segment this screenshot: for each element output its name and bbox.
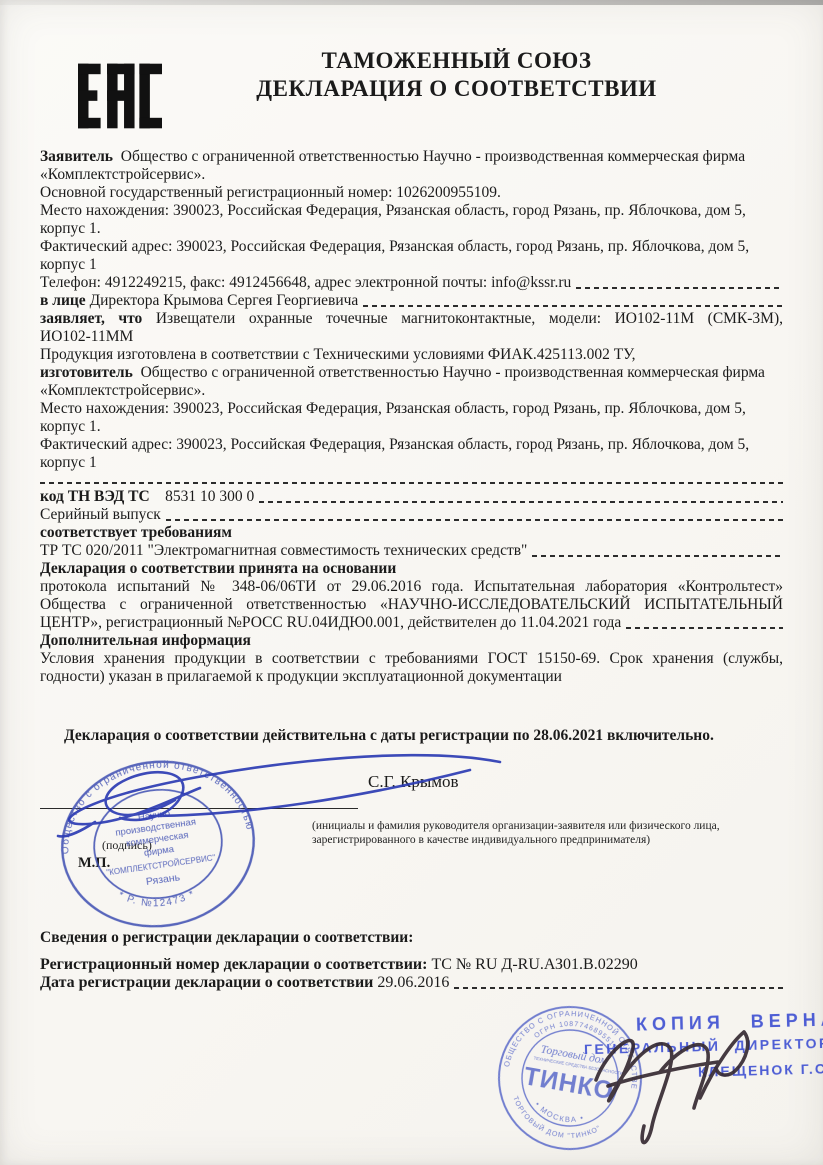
text-run: протокола испытаний № 348-06/06ТИ от 29.…	[40, 578, 783, 595]
doc-line: Дополнительная информация	[40, 632, 783, 650]
doc-line-text: Декларация о соответствии принята на осн…	[40, 560, 396, 578]
text-run: 8531 10 300 0	[150, 488, 255, 505]
doc-line: ЦЕНТР», регистрационный №РОСС RU.04ИДЮ0.…	[40, 614, 783, 632]
registration-heading: Сведения о регистрации декларации о соот…	[40, 928, 783, 948]
text-run: ИО102-11ММ	[40, 328, 133, 345]
field-label: Дополнительная информация	[40, 632, 251, 649]
doc-line: код ТН ВЭД ТС 8531 10 300 0	[40, 488, 783, 506]
registration-date-value: 29.06.2016	[377, 974, 449, 992]
doc-line: корпус 1	[40, 454, 783, 472]
field-label: заявляет, что	[40, 310, 142, 327]
doc-line: корпус 1.	[40, 220, 783, 238]
dashed-line	[259, 501, 783, 503]
scan-edge-artifact	[0, 0, 823, 5]
doc-line-text: Телефон: 4912249215, факс: 4912456648, а…	[40, 274, 571, 292]
doc-line-text: корпус 1	[40, 256, 97, 274]
doc-line-text: заявляет, что Извещатели охранные точечн…	[40, 310, 783, 328]
doc-line-text: корпус 1.	[40, 220, 101, 238]
text-run: Условия хранения продукции в соответстви…	[40, 650, 783, 667]
doc-line: «Комплектстройсервис».	[40, 166, 783, 184]
text-run: Общества с ограниченной ответственностью…	[40, 596, 783, 613]
text-run: Фактический адрес: 390023, Российская Фе…	[40, 238, 749, 255]
doc-line-text: Дополнительная информация	[40, 632, 251, 650]
text-run: Общество с ограниченной ответственностью…	[133, 364, 765, 381]
text-run: Телефон: 4912249215, факс: 4912456648, а…	[40, 274, 571, 291]
doc-line: годности) указан в прилагаемой к продукц…	[40, 668, 783, 686]
doc-line: ИО102-11ММ	[40, 328, 783, 346]
doc-line-text: Фактический адрес: 390023, Российская Фе…	[40, 238, 749, 256]
dashed-line	[454, 987, 783, 989]
doc-line: в лице Директора Крымова Сергея Георгиев…	[40, 292, 783, 310]
text-run: корпус 1.	[40, 220, 101, 237]
doc-line: заявляет, что Извещатели охранные точечн…	[40, 310, 783, 328]
text-run: ЦЕНТР», регистрационный №РОСС RU.04ИДЮ0.…	[40, 614, 621, 631]
doc-line-text: Основной государственный регистрационный…	[40, 184, 501, 202]
doc-line-text: «Комплектстройсервис».	[40, 382, 205, 400]
dashed-line	[626, 627, 783, 629]
doc-line-text: ЦЕНТР», регистрационный №РОСС RU.04ИДЮ0.…	[40, 614, 621, 632]
title-line-1: ТАМОЖЕННЫЙ СОЮЗ	[90, 47, 823, 75]
doc-line-text: Место нахождения: 390023, Российская Фед…	[40, 400, 746, 418]
text-run: корпус 1	[40, 454, 97, 471]
doc-line-text: годности) указан в прилагаемой к продукц…	[40, 668, 562, 686]
doc-line: Серийный выпуск	[40, 506, 783, 524]
doc-line-text: ТР ТС 020/2011 "Электромагнитная совмест…	[40, 542, 527, 560]
doc-line: Продукция изготовлена в соответствии с Т…	[40, 346, 783, 364]
doc-line: Фактический адрес: 390023, Российская Фе…	[40, 238, 783, 256]
registration-date-label: Дата регистрации декларации о соответств…	[40, 974, 377, 992]
doc-line: Заявитель Общество с ограниченной ответс…	[40, 148, 783, 166]
dashed-line	[166, 519, 783, 521]
doc-line: Место нахождения: 390023, Российская Фед…	[40, 202, 783, 220]
field-label: код ТН ВЭД ТС	[40, 488, 150, 505]
doc-line: изготовитель Общество с ограниченной отв…	[40, 364, 783, 382]
doc-line-text: код ТН ВЭД ТС 8531 10 300 0	[40, 488, 254, 506]
dashed-line	[576, 287, 783, 289]
doc-line: корпус 1.	[40, 418, 783, 436]
doc-line: Декларация о соответствии принята на осн…	[40, 560, 783, 578]
document-body: Заявитель Общество с ограниченной ответс…	[40, 148, 783, 686]
text-run: корпус 1.	[40, 418, 101, 435]
doc-line-text: «Комплектстройсервис».	[40, 166, 205, 184]
text-run: Фактический адрес: 390023, Российская Фе…	[40, 436, 749, 453]
registration-number-value: ТС № RU Д-RU.АЗ01.В.02290	[431, 956, 637, 974]
registration-number-row: Регистрационный номер декларации о соотв…	[40, 956, 783, 974]
title-line-2: ДЕКЛАРАЦИЯ О СООТВЕТСТВИИ	[90, 75, 823, 103]
doc-line: соответствует требованиям	[40, 524, 783, 542]
doc-line: Условия хранения продукции в соответстви…	[40, 650, 783, 668]
doc-line-text: Фактический адрес: 390023, Российская Фе…	[40, 436, 749, 454]
doc-line: Основной государственный регистрационный…	[40, 184, 783, 202]
text-run: корпус 1	[40, 256, 97, 273]
doc-line-text: корпус 1.	[40, 418, 101, 436]
doc-line: корпус 1	[40, 256, 783, 274]
director-signature	[548, 1008, 808, 1158]
doc-line-text: Место нахождения: 390023, Российская Фед…	[40, 202, 746, 220]
doc-line-text: изготовитель Общество с ограниченной отв…	[40, 364, 765, 382]
text-run: Общество с ограниченной ответственностью…	[113, 148, 745, 165]
doc-line: Фактический адрес: 390023, Российская Фе…	[40, 436, 783, 454]
doc-line-text: соответствует требованиям	[40, 524, 232, 542]
field-label: соответствует требованиям	[40, 524, 232, 541]
text-run: Место нахождения: 390023, Российская Фед…	[40, 400, 746, 417]
doc-line-text: в лице Директора Крымова Сергея Георгиев…	[40, 292, 358, 310]
doc-line: протокола испытаний № 348-06/06ТИ от 29.…	[40, 578, 783, 596]
text-run: Извещатели охранные точечные магнитоконт…	[142, 310, 783, 327]
doc-line: Место нахождения: 390023, Российская Фед…	[40, 400, 783, 418]
text-run: Продукция изготовлена в соответствии с Т…	[40, 346, 635, 363]
field-label: Декларация о соответствии принята на осн…	[40, 560, 396, 577]
doc-line-text: ИО102-11ММ	[40, 328, 133, 346]
doc-line-text: Условия хранения продукции в соответстви…	[40, 650, 783, 668]
text-run: Серийный выпуск	[40, 506, 161, 523]
doc-line-text: корпус 1	[40, 454, 97, 472]
registration-number-label: Регистрационный номер декларации о соотв…	[40, 956, 431, 974]
doc-line-text: Продукция изготовлена в соответствии с Т…	[40, 346, 635, 364]
dashed-line	[532, 555, 783, 557]
applicant-signature	[0, 740, 560, 860]
doc-line: ТР ТС 020/2011 "Электромагнитная совмест…	[40, 542, 783, 560]
field-label: в лице	[40, 292, 86, 309]
doc-line: Общества с ограниченной ответственностью…	[40, 596, 783, 614]
text-run: ТР ТС 020/2011 "Электромагнитная совмест…	[40, 542, 527, 559]
doc-line: «Комплектстройсервис».	[40, 382, 783, 400]
registration-block: Сведения о регистрации декларации о соот…	[40, 928, 783, 992]
dashed-line	[363, 305, 783, 307]
doc-line-text: Общества с ограниченной ответственностью…	[40, 596, 783, 614]
doc-line-text: протокола испытаний № 348-06/06ТИ от 29.…	[40, 578, 783, 596]
text-run: Директора Крымова Сергея Георгиевича	[86, 292, 359, 309]
text-run: «Комплектстройсервис».	[40, 382, 205, 399]
stamp-center-line6: Рязань	[145, 871, 181, 888]
registration-date-row: Дата регистрации декларации о соответств…	[40, 974, 783, 992]
declaration-document-page: ТАМОЖЕННЫЙ СОЮЗ ДЕКЛАРАЦИЯ О СООТВЕТСТВИ…	[0, 0, 823, 1165]
text-run: Место нахождения: 390023, Российская Фед…	[40, 202, 746, 219]
dashed-line	[40, 482, 783, 484]
text-run: годности) указан в прилагаемой к продукц…	[40, 668, 562, 685]
field-label: изготовитель	[40, 364, 133, 381]
document-title: ТАМОЖЕННЫЙ СОЮЗ ДЕКЛАРАЦИЯ О СООТВЕТСТВИ…	[90, 47, 823, 103]
text-run: «Комплектстройсервис».	[40, 166, 205, 183]
field-label: Заявитель	[40, 148, 113, 165]
doc-line-text: Серийный выпуск	[40, 506, 161, 524]
text-run: Основной государственный регистрационный…	[40, 184, 501, 201]
doc-line: Телефон: 4912249215, факс: 4912456648, а…	[40, 274, 783, 292]
doc-line-text: Заявитель Общество с ограниченной ответс…	[40, 148, 745, 166]
dashed-separator	[40, 478, 783, 488]
